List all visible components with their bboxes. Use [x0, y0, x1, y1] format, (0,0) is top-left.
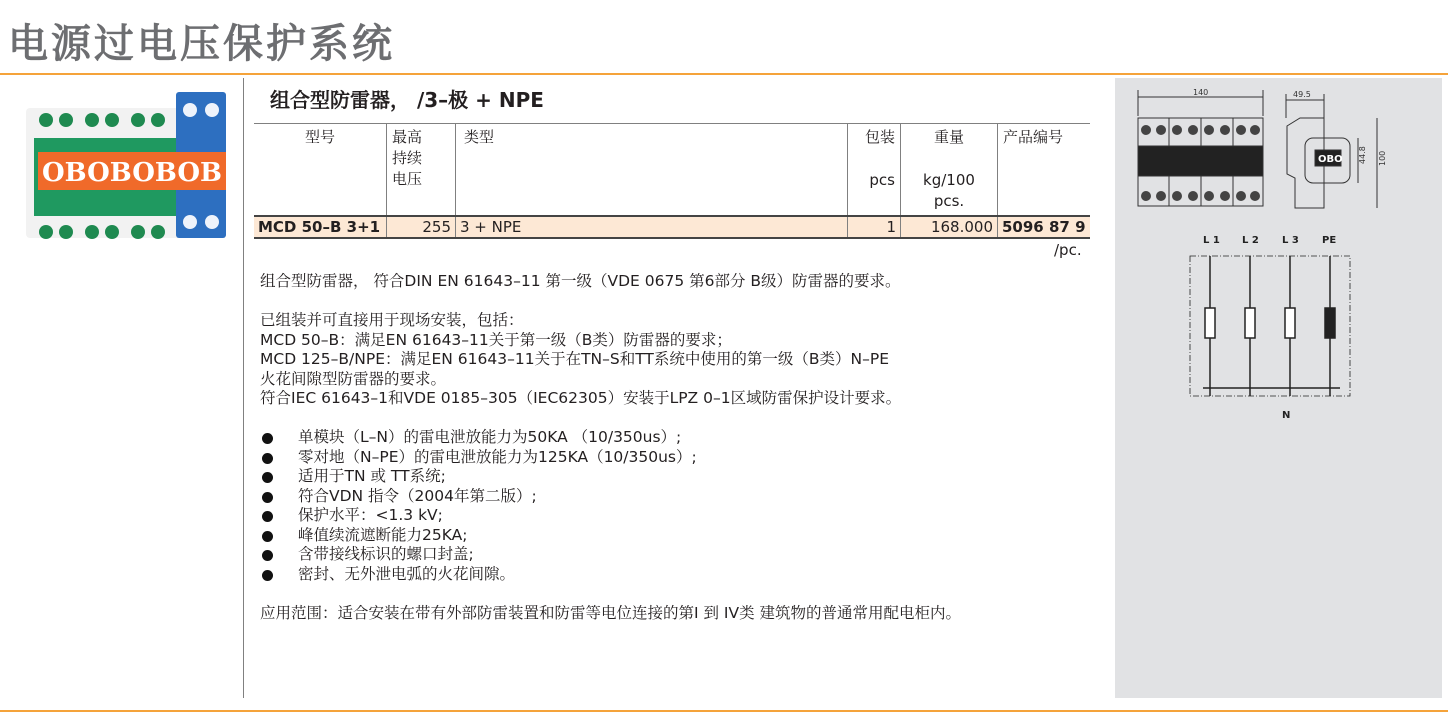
description-line: MCD 125–B/NPE：满足EN 61643–11关于在TN–S和TT系统中… — [260, 350, 1100, 370]
description-line: MCD 50–B：满足EN 61643–11关于第一级（B类）防雷器的要求； — [260, 331, 1100, 351]
section-title: 组合型防雷器， /3–极 + NPE — [270, 84, 544, 113]
bullet-icon — [262, 472, 273, 483]
product-photo: OBOBOBOB — [20, 88, 232, 250]
feature-list: 单模块（L–N）的雷电泄放能力为50KA （10/350us）; 零对地（N–P… — [260, 428, 1100, 584]
svg-text:OBOBOBOB: OBOBOBOB — [42, 158, 222, 188]
side-logo: OBO — [1318, 154, 1343, 165]
cell-code: 5096 87 9 — [998, 216, 1091, 238]
technical-drawing: 140 49.5 OBO — [1115, 78, 1442, 438]
header-type: 类型 — [456, 124, 848, 217]
packing-unit: pcs — [853, 170, 895, 191]
list-item: 保护水平：<1.3 kV; — [260, 506, 1100, 526]
cell-model: MCD 50–B 3+1 — [254, 216, 387, 238]
weight-unit: kg/100 pcs. — [906, 170, 992, 212]
table-row: MCD 50–B 3+1 255 3 + NPE 1 168.000 5096 … — [254, 216, 1090, 238]
header-weight: 重量 kg/100 pcs. — [901, 124, 998, 217]
header-model: 型号 — [254, 124, 387, 217]
circuit-label-l2: L 2 — [1242, 235, 1259, 246]
dim-front-width: 140 — [1193, 88, 1208, 97]
bullet-icon — [262, 492, 273, 503]
spec-table: 型号 最高 持续 电压 类型 包装 pcs 重量 kg/100 pcs. 产品编… — [254, 123, 1090, 239]
bullet-icon — [262, 570, 273, 581]
footer-divider — [0, 710, 1448, 712]
list-item: 峰值续流遮断能力25KA; — [260, 526, 1100, 546]
header-divider — [0, 73, 1448, 75]
intro-text: 组合型防雷器， 符合DIN EN 61643–11 第一级（VDE 0675 第… — [260, 272, 1100, 292]
cell-packing: 1 — [848, 216, 901, 238]
list-item: 符合VDN 指令（2004年第二版）; — [260, 487, 1100, 507]
circuit-label-n: N — [1282, 410, 1290, 421]
circuit-label-l1: L 1 — [1203, 235, 1220, 246]
header-packing: 包装 pcs — [848, 124, 901, 217]
list-item: 零对地（N–PE）的雷电泄放能力为125KA（10/350us）; — [260, 448, 1100, 468]
cell-weight: 168.000 — [901, 216, 998, 238]
bullet-icon — [262, 453, 273, 464]
per-unit-label: /pc. — [1054, 241, 1082, 259]
cell-type: 3 + NPE — [456, 216, 848, 238]
dim-side-height: 100 — [1378, 151, 1387, 166]
column-divider — [243, 78, 244, 698]
circuit-label-pe: PE — [1322, 235, 1336, 246]
description-line: 符合IEC 61643–1和VDE 0185–305（IEC62305）安装于L… — [260, 389, 1100, 409]
page-title: 电源过电压保护系统 — [8, 12, 395, 69]
dim-side-inner-height: 44.8 — [1358, 146, 1367, 164]
header-code: 产品编号 — [998, 124, 1091, 217]
description: 组合型防雷器， 符合DIN EN 61643–11 第一级（VDE 0675 第… — [260, 272, 1100, 623]
bullet-icon — [262, 433, 273, 444]
bullet-icon — [262, 531, 273, 542]
description-line: 已组装并可直接用于现场安装，包括： — [260, 311, 1100, 331]
cell-voltage: 255 — [387, 216, 456, 238]
list-item: 单模块（L–N）的雷电泄放能力为50KA （10/350us）; — [260, 428, 1100, 448]
application-text: 应用范围：适合安装在带有外部防雷装置和防雷等电位连接的第I 到 IV类 建筑物的… — [260, 604, 1100, 624]
dim-side-depth: 49.5 — [1293, 90, 1311, 99]
list-item: 密封、无外泄电弧的火花间隙。 — [260, 565, 1100, 585]
circuit-label-l3: L 3 — [1282, 235, 1299, 246]
bullet-icon — [262, 511, 273, 522]
bullet-icon — [262, 550, 273, 561]
diagram-panel: 140 49.5 OBO — [1115, 78, 1442, 698]
list-item: 含带接线标识的螺口封盖; — [260, 545, 1100, 565]
header-voltage: 最高 持续 电压 — [387, 124, 456, 217]
description-line: 火花间隙型防雷器的要求。 — [260, 370, 1100, 390]
list-item: 适用于TN 或 TT系统; — [260, 467, 1100, 487]
